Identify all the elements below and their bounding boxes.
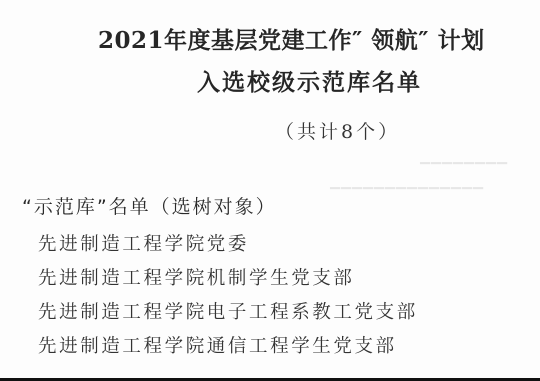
section-heading: “示范库”名单（选树对象） [22,192,277,219]
document-title-line1: 2021年度基层党建工作″ 领航″ 计划 [98,22,485,55]
item-count: （共计8个） [275,117,400,144]
demonstration-list: 先进制造工程学院党委 先进制造工程学院机制学生党支部 先进制造工程学院电子工程系… [38,228,418,364]
list-item: 先进制造工程学院机制学生党支部 [38,262,418,296]
bleed-through-text: ▁▁▁▁▁▁▁▁ [420,150,508,165]
bleed-through-text: ▁▁▁▁▁▁▁▁▁▁▁▁▁▁ [330,175,484,190]
document-page: ▁▁▁▁▁▁▁▁ ▁▁▁▁▁▁▁▁▁▁▁▁▁▁ 2021年度基层党建工作″ 领航… [0,0,540,381]
list-item: 先进制造工程学院通信工程学生党支部 [38,330,418,364]
document-title-line2: 入选校级示范库名单 [197,64,422,97]
list-item: 先进制造工程学院党委 [38,228,418,262]
list-item: 先进制造工程学院电子工程系教工党支部 [38,296,418,330]
